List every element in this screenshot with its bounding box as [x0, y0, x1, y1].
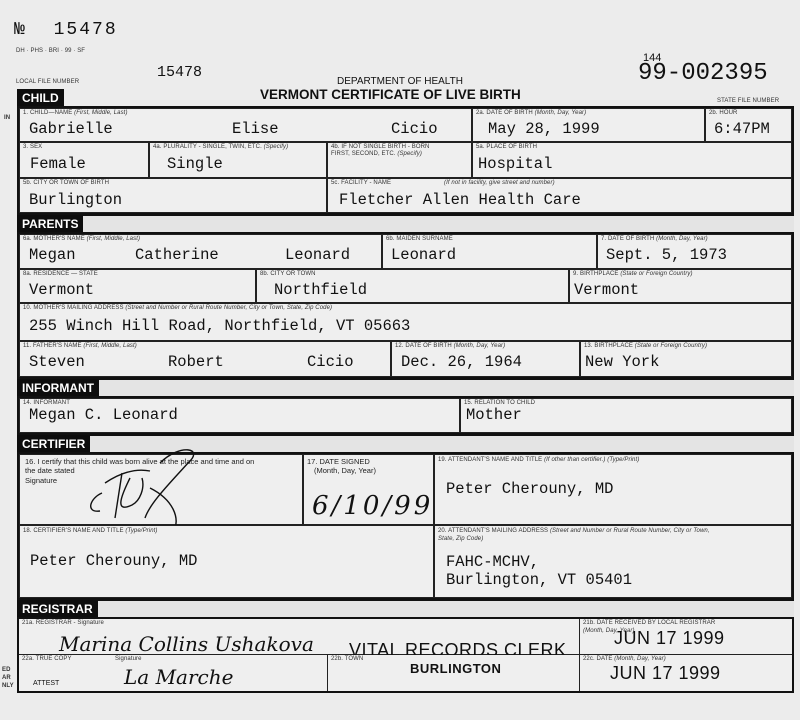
certifier-name-field[interactable]: 18. CERTIFIER'S NAME AND TITLE (Type/Pri… [19, 525, 434, 598]
attendant-name-label: 19. ATTENDANT'S NAME AND TITLE [438, 457, 542, 463]
residence-city-field[interactable]: 8b. CITY OR TOWN Northfield [256, 269, 569, 303]
father-birthplace-label: 13. BIRTHPLACE [584, 343, 633, 349]
mother-dob-label: 7. DATE OF BIRTH [601, 236, 654, 242]
attendant-name-hint: (If other than certifier.) (Type/Print) [544, 457, 639, 463]
father-dob: Dec. 26, 1964 [401, 353, 522, 371]
child-dob: May 28, 1999 [488, 120, 600, 138]
town: BURLINGTON [410, 661, 501, 676]
date-signed-label: 17. DATE SIGNED [307, 457, 370, 466]
father-birthplace-hint: (State or Foreign Country) [635, 343, 707, 349]
father-name-hint: (First, Middle, Last) [83, 343, 136, 349]
attest-signature: La Marche [124, 665, 233, 689]
registrar-signature: Marina Collins Ushakova [59, 632, 314, 656]
residence-city-label: 8b. CITY OR TOWN [260, 271, 316, 277]
child-dob-hint: (Month, Day, Year) [535, 110, 587, 116]
mother-name-label: 6a. MOTHER'S NAME [23, 236, 85, 242]
child-facility-label: 5c. FACILITY - NAME [331, 180, 391, 186]
child-sex-field[interactable]: 3. SEX Female [19, 142, 149, 178]
maiden-surname: Leonard [391, 246, 456, 264]
registrar-date: JUN 17 1999 [610, 663, 721, 684]
birth-order-label-2: FIRST, SECOND, ETC. [331, 151, 396, 157]
mother-name-field[interactable]: 6a. MOTHER'S NAME (First, Middle, Last) … [19, 234, 382, 269]
certificate-title: VERMONT CERTIFICATE OF LIVE BIRTH [260, 87, 521, 102]
attendant-address-hint-1: (Street and Number or Rural Route Number… [550, 528, 710, 534]
father-middle-name: Robert [168, 353, 224, 371]
father-last-name: Cicio [307, 353, 354, 371]
certifier-name: Peter Cherouny, MD [30, 552, 197, 570]
mother-dob-hint: (Month, Day, Year) [656, 236, 708, 242]
child-facility: Fletcher Allen Health Care [339, 191, 581, 209]
mother-name-hint: (First, Middle, Last) [87, 236, 140, 242]
plurality-label: 4a. PLURALITY - SINGLE, TWIN, ETC. [153, 144, 262, 150]
child-plurality: Single [167, 155, 223, 173]
attendant-name-field[interactable]: 19. ATTENDANT'S NAME AND TITLE (If other… [434, 454, 792, 525]
date-received: JUN 17 1999 [614, 628, 725, 649]
mother-last-name: Leonard [285, 246, 350, 264]
date-signed-field[interactable]: 17. DATE SIGNED (Month, Day, Year) 6/10/… [303, 454, 434, 525]
father-name-label: 11. FATHER'S NAME [23, 343, 82, 349]
informant-relation-field[interactable]: 15. RELATION TO CHILD Mother [460, 398, 792, 433]
residence-state: Vermont [29, 281, 94, 299]
true-copy-field[interactable]: 22a. TRUE COPY Signature ATTEST La March… [19, 655, 328, 691]
date-signed-hint: (Month, Day, Year) [314, 466, 376, 475]
local-file-number: 15478 [157, 64, 202, 81]
attendant-name: Peter Cherouny, MD [446, 480, 613, 498]
mailing-hint: (Street and Number or Rural Route Number… [125, 305, 332, 311]
child-plurality-field[interactable]: 4a. PLURALITY - SINGLE, TWIN, ETC. (Spec… [149, 142, 327, 178]
child-city: Burlington [29, 191, 122, 209]
mother-birthplace-label: 9. BIRTHPLACE [573, 271, 619, 277]
parents-band [17, 214, 794, 234]
mother-middle-name: Catherine [135, 246, 219, 264]
mother-birthplace-hint: (State or Foreign Country) [620, 271, 692, 277]
attendant-address-hint-2: State, Zip Code) [438, 536, 483, 542]
form-code: DH · PHS · BRI · 99 · SF [16, 48, 85, 54]
registrar-signature-field[interactable]: 21a. REGISTRAR - Signature Marina Collin… [19, 619, 580, 655]
child-facility-hint: (If not in facility, give street and num… [444, 180, 555, 186]
child-city-field[interactable]: 5b. CITY OR TOWN OF BIRTH Burlington [19, 178, 327, 213]
maiden-surname-field[interactable]: 6b. MAIDEN SURNAME Leonard [382, 234, 597, 269]
local-file-number-label: LOCAL FILE NUMBER [16, 79, 79, 85]
date-received-field[interactable]: 21b. DATE RECEIVED BY LOCAL REGISTRAR (M… [580, 619, 792, 655]
child-dob-field[interactable]: 2a. DATE OF BIRTH (Month, Day, Year) May… [472, 108, 705, 142]
child-dob-label: 2a. DATE OF BIRTH [476, 110, 533, 116]
section-child-header: CHILD [17, 89, 64, 106]
maiden-surname-label: 6b. MAIDEN SURNAME [386, 236, 453, 242]
father-birthplace-field[interactable]: 13. BIRTHPLACE (State or Foreign Country… [580, 341, 792, 377]
child-city-label: 5b. CITY OR TOWN OF BIRTH [23, 180, 109, 186]
father-name-field[interactable]: 11. FATHER'S NAME (First, Middle, Last) … [19, 341, 391, 377]
true-copy-label: 22a. TRUE COPY [22, 656, 72, 662]
true-copy-signature-label: Signature [115, 656, 142, 662]
child-hour-field[interactable]: 2b. HOUR 6:47PM [705, 108, 792, 142]
section-parents-header: PARENTS [17, 215, 83, 232]
child-sex-label: 3. SEX [23, 144, 42, 150]
control-number-row: № 15478 [14, 20, 118, 40]
signature-label: Signature [25, 476, 57, 485]
child-hour-label: 2b. HOUR [709, 110, 737, 116]
section-registrar-header: REGISTRAR [17, 600, 98, 617]
attest-label: ATTEST [33, 680, 59, 687]
date-received-label: 21b. DATE RECEIVED BY LOCAL REGISTRAR [583, 620, 715, 626]
registrar-date-field[interactable]: 22c. DATE (Month, Day, Year) JUN 17 1999 [580, 655, 792, 691]
birth-order-hint: (Specify) [397, 151, 422, 157]
state-file-number: 99-002395 [638, 60, 768, 87]
control-number: 15478 [54, 20, 118, 40]
mother-first-name: Megan [29, 246, 76, 264]
child-facility-field[interactable]: 5c. FACILITY - NAME (If not in facility,… [327, 178, 792, 213]
department-label: DEPARTMENT OF HEALTH [337, 76, 463, 87]
father-birthplace: New York [585, 353, 659, 371]
child-name-label: 1. CHILD—NAME [23, 110, 72, 116]
birth-order-label-1: 4b. IF NOT SINGLE BIRTH - BORN [331, 144, 429, 150]
child-first-name: Gabrielle [29, 120, 113, 138]
child-sex: Female [30, 155, 86, 173]
attendant-address-line-2: Burlington, VT 05401 [446, 571, 632, 589]
attendant-address-field[interactable]: 20. ATTENDANT'S MAILING ADDRESS (Street … [434, 525, 792, 598]
father-first-name: Steven [29, 353, 85, 371]
attendant-address-line-1: FAHC-MCHV, [446, 553, 539, 571]
plurality-hint: (Specify) [264, 144, 289, 150]
residence-state-label: 8a. RESIDENCE — STATE [23, 271, 98, 277]
town-field[interactable]: 22b. TOWN BURLINGTON [328, 655, 580, 691]
margin-note-1: ED [2, 666, 14, 674]
father-dob-field[interactable]: 12. DATE OF BIRTH (Month, Day, Year) Dec… [391, 341, 580, 377]
child-name-field[interactable]: 1. CHILD—NAME (First, Middle, Last) Gabr… [19, 108, 472, 142]
residence-state-field[interactable]: 8a. RESIDENCE — STATE Vermont [19, 269, 256, 303]
mother-dob: Sept. 5, 1973 [606, 246, 727, 264]
registrar-date-label: 22c. DATE [583, 656, 612, 662]
mother-birthplace: Vermont [574, 281, 639, 299]
certifier-name-label: 18. CERTIFIER'S NAME AND TITLE [23, 528, 124, 534]
child-place-field[interactable]: 5a. PLACE OF BIRTH Hospital [472, 142, 792, 178]
margin-note: ED AR NLY [2, 666, 14, 690]
informant-name: Megan C. Leonard [29, 406, 178, 424]
registrar-signature-label: 21a. REGISTRAR - Signature [22, 620, 104, 626]
child-last-name: Cicio [391, 120, 438, 138]
informant-relation: Mother [466, 406, 522, 424]
child-name-hint: (First, Middle, Last) [74, 110, 127, 116]
date-signed: 6/10/99 [312, 491, 433, 521]
mother-mailing-field[interactable]: 10. MOTHER'S MAILING ADDRESS (Street and… [19, 303, 792, 341]
residence-city: Northfield [274, 281, 367, 299]
mailing-label: 10. MOTHER'S MAILING ADDRESS [23, 305, 124, 311]
child-birth-order-field[interactable]: 4b. IF NOT SINGLE BIRTH - BORN FIRST, SE… [327, 142, 472, 178]
town-label: 22b. TOWN [331, 656, 363, 662]
father-dob-hint: (Month, Day, Year) [454, 343, 506, 349]
state-file-number-label: STATE FILE NUMBER [717, 98, 779, 104]
mother-dob-field[interactable]: 7. DATE OF BIRTH (Month, Day, Year) Sept… [597, 234, 792, 269]
child-place: Hospital [478, 155, 552, 173]
registrar-band [17, 599, 794, 619]
registrar-date-hint: (Month, Day, Year) [614, 656, 666, 662]
child-middle-name: Elise [232, 120, 279, 138]
informant-band [17, 378, 794, 398]
child-place-label: 5a. PLACE OF BIRTH [476, 144, 537, 150]
informant-name-field[interactable]: 14. INFORMANT Megan C. Leonard [19, 398, 460, 433]
margin-note-2: AR [2, 674, 14, 682]
number-symbol: № [14, 20, 27, 40]
mother-birthplace-field[interactable]: 9. BIRTHPLACE (State or Foreign Country)… [569, 269, 792, 303]
margin-in-label: IN [4, 115, 10, 121]
section-informant-header: INFORMANT [17, 379, 99, 396]
certifier-name-hint: (Type/Print) [125, 528, 157, 534]
father-dob-label: 12. DATE OF BIRTH [395, 343, 452, 349]
attendant-address-label: 20. ATTENDANT'S MAILING ADDRESS [438, 528, 548, 534]
margin-note-3: NLY [2, 682, 14, 690]
child-hour: 6:47PM [714, 120, 770, 138]
certification-signature-field[interactable]: 16. I certify that this child was born a… [19, 454, 303, 525]
mother-mailing-address: 255 Winch Hill Road, Northfield, VT 0566… [29, 317, 410, 335]
